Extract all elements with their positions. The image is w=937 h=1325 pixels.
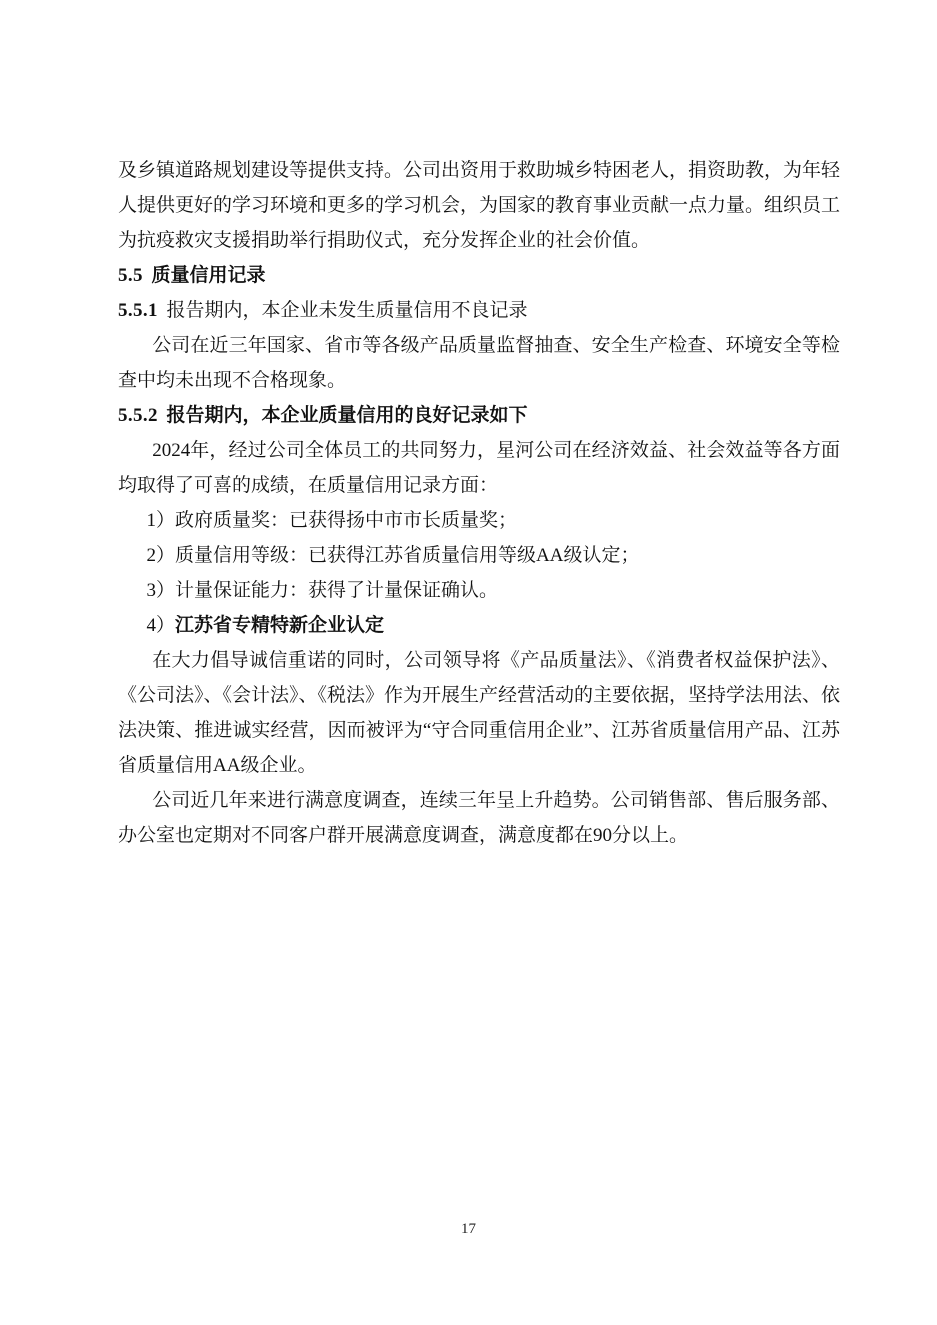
list-item-metrology-assurance: 3）计量保证能力：获得了计量保证确认。 [118,573,840,608]
section-heading-5-5: 5.5质量信用记录 [118,258,840,293]
list-item-text: 江苏省专精特新企业认定 [175,615,384,636]
list-item-text: 政府质量奖：已获得扬中市市长质量奖； [175,510,517,531]
paragraph-satisfaction-survey: 公司近几年来进行满意度调查，连续三年呈上升趋势。公司销售部、售后服务部、办公室也… [118,783,840,853]
section-title: 报告期内，本企业质量信用的良好记录如下 [166,405,527,426]
list-item-government-quality-award: 1）政府质量奖：已获得扬中市市长质量奖； [118,503,840,538]
section-number: 5.5 [118,265,143,286]
list-item-quality-credit-rating: 2）质量信用等级：已获得江苏省质量信用等级AA级认定； [118,538,840,573]
paragraph-inspection-record: 公司在近三年国家、省市等各级产品质量监督抽查、安全生产检查、环境安全等检查中均未… [118,328,840,398]
section-title: 质量信用记录 [151,265,265,286]
list-item-text: 质量信用等级：已获得江苏省质量信用等级AA级认定； [175,545,639,566]
paragraph-continued-from-previous-page: 及乡镇道路规划建设等提供支持。公司出资用于救助城乡特困老人，捐资助教，为年轻人提… [118,153,840,258]
page-number: 17 [0,1221,937,1238]
list-item-specialized-enterprise: 4）江苏省专精特新企业认定 [118,608,840,643]
section-title: 报告期内，本企业未发生质量信用不良记录 [166,300,527,321]
list-item-text: 计量保证能力：获得了计量保证确认。 [175,580,498,601]
page-content: 及乡镇道路规划建设等提供支持。公司出资用于救助城乡特困老人，捐资助教，为年轻人提… [118,0,840,853]
document-page: 及乡镇道路规划建设等提供支持。公司出资用于救助城乡特困老人，捐资助教，为年轻人提… [0,0,937,1325]
section-number: 5.5.1 [118,300,158,321]
list-item-marker: 1） [147,510,176,531]
section-heading-5-5-1: 5.5.1报告期内，本企业未发生质量信用不良记录 [118,293,840,328]
paragraph-law-compliance: 在大力倡导诚信重诺的同时，公司领导将《产品质量法》、《消费者权益保护法》、《公司… [118,643,840,783]
list-item-marker: 3） [147,580,176,601]
section-heading-5-5-2: 5.5.2报告期内，本企业质量信用的良好记录如下 [118,398,840,433]
list-item-marker: 4） [147,615,176,636]
paragraph-2024-achievements: 2024年，经过公司全体员工的共同努力，星河公司在经济效益、社会效益等各方面均取… [118,433,840,503]
section-number: 5.5.2 [118,405,158,426]
list-item-marker: 2） [147,545,176,566]
